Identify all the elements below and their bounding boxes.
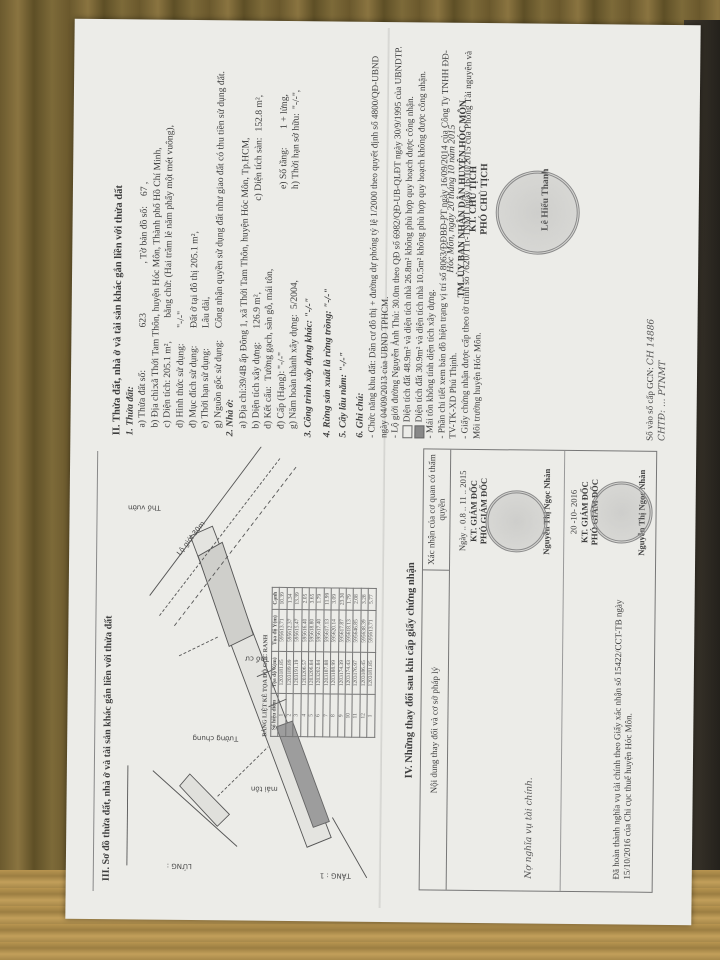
coordinate-table-title: BẢNG LIỆT KÊ TỌA ĐỘ GÓC RANH (262, 635, 269, 737)
purpose-label: đ) Mục đích sử dụng: (187, 328, 201, 428)
production-forest: 4. Rừng sản xuất là rừng trồng: "-/-" (321, 37, 338, 437)
usage-form: "-/-" (175, 311, 188, 328)
perennial-trees: 5. Cây lâu năm: "-/-" (337, 38, 354, 438)
label-neighbor-garden: Thổ vườn (128, 503, 162, 512)
book-entry: Số vào sổ cấp GCN: CH 14886 CHTĐ: ... PT… (643, 319, 669, 441)
floors: 1 + lửng, (278, 94, 291, 129)
book-entry-label: Số vào sổ cấp GCN: (644, 367, 655, 441)
coordinate-table: Số hiệu điểmTọa độ X(m)Tọa độ Y(m)Cạnh 1… (270, 587, 376, 738)
label-roof: mái tôn (251, 785, 278, 793)
floor-area: 152.8 m², (253, 95, 266, 132)
house-address-label: a) Địa chỉ: (237, 388, 250, 428)
land-area-words: bằng chữ: (Hai trăm lẻ năm phẩy một mét … (163, 125, 178, 318)
section-4-changes: IV. Những thay đổi sau khi cấp giấy chứn… (399, 450, 664, 893)
parcel-number-label: a) Thửa đất số: (137, 327, 151, 427)
entry-2-content: Đã hoàn thành nghĩa vụ tài chính theo Gi… (611, 589, 636, 879)
coordinate-table-row: 11203181.85595613.715.77 (367, 588, 376, 737)
book-entry-sub: CHTĐ: ... PTNMT (656, 319, 669, 441)
floor-area-label: c) Diện tích sàn: (252, 137, 265, 200)
term-label: e) Thời hạn sử dụng: (200, 328, 214, 428)
ownership-term-label: h) Thời hạn sở hữu: (290, 109, 303, 189)
section-2-parcel-details: II. Thửa đất, nhà ở và tài sản khác gắn … (111, 35, 486, 439)
entry-2-confirmation: 20 -10- 2016 KT. GIÁM ĐỐC PHÓ GIÁM ĐỐC N… (568, 453, 647, 572)
col-change-content: Nội dung thay đổi và cơ sở pháp lý (420, 569, 449, 889)
origin-label: g) Nguồn gốc sử dụng: (212, 328, 226, 428)
origin: Công nhận quyền sử dụng đất như giao đất… (213, 71, 228, 328)
coordinate-table-cell: 1203181.85 (367, 652, 375, 694)
official-seal-icon (495, 170, 580, 255)
changes-table: Nội dung thay đổi và cơ sở pháp lý Xác n… (419, 448, 658, 892)
book-entry-line: Số vào sổ cấp GCN: CH 14886 (643, 319, 657, 441)
entry-2-seal-icon (590, 481, 653, 544)
structure: Tường gạch, sàn gỗ, mái tôn, (263, 269, 277, 381)
usage-form-label: d) Hình thức sử dụng: (174, 328, 188, 428)
label-boundary-wall: Tường chung (192, 734, 239, 742)
signer-position: PHÓ CHỦ TỊCH (477, 49, 491, 349)
book-entry-value: CH 14886 (646, 319, 656, 365)
certificate-page-rotated: II. Thửa đất, nhà ở và tài sản khác gắn … (78, 25, 687, 911)
map-sheet-number: 67 , (139, 182, 152, 197)
parcel-number: 623 (138, 277, 151, 327)
ownership-term: "-/-", (291, 90, 304, 109)
issuer-signature-block: Hóc Môn, ngày 20 tháng 10 năm 2015 TM. Ủ… (444, 49, 552, 350)
coordinate-table-cell: 5.77 (368, 588, 376, 610)
land-area: 205.1 m², (162, 318, 175, 378)
entry-1-confirmation: Ngày .. 0.8 .. 11 .. 2015 KT. GIÁM ĐỐC P… (457, 452, 552, 571)
entry-1-content: Nợ nghĩa vụ tài chính. (524, 777, 535, 878)
built-area: 126.9 m², (251, 209, 265, 329)
land-address-label: b) Địa chỉ: (149, 388, 162, 428)
coordinate-table-cell: 595613.71 (368, 610, 376, 652)
year: 5/2004, (289, 189, 303, 309)
certificate-paper: II. Thửa đất, nhà ở và tài sản khác gắn … (65, 19, 700, 926)
section-3-title: III. Sơ đồ thửa đất, nhà ở và tài sản kh… (101, 615, 115, 881)
built-area-label: b) Diện tích xây dựng: (250, 329, 264, 429)
floors-label: e) Số tầng: (278, 129, 291, 189)
purpose: Đất ở tại đô thị 205.1 m², (188, 231, 202, 328)
coordinate-table-cell: 1 (367, 695, 375, 738)
changes-table-header: Nội dung thay đổi và cơ sở pháp lý Xác n… (420, 449, 452, 889)
legend-dark-box (414, 425, 424, 438)
other-construction: 3. Công trình xây dựng khác: "-/-" (302, 37, 319, 437)
year-label: g) Năm hoàn thành xây dựng: (288, 309, 302, 429)
entry-1-seal-icon (485, 490, 548, 553)
label-mezzanine: LỬNG : (167, 862, 192, 871)
section-4-title: IV. Những thay đổi sau khi cấp giấy chứn… (403, 450, 419, 890)
coordinate-table-header: Tọa độ Y(m) (272, 609, 280, 651)
change-entry-2: Đã hoàn thành nghĩa vụ tài chính theo Gi… (560, 451, 656, 892)
col-authority-confirmation: Xác nhận của cơ quan có thẩm quyền (423, 449, 450, 569)
change-entry-1: Nợ nghĩa vụ tài chính. Ngày .. 0.8 .. 11… (450, 450, 565, 891)
legend-light-box (402, 425, 412, 438)
term: Lâu dài, (201, 297, 214, 329)
structure-label: d) Kết cấu: (263, 381, 276, 429)
land-area-label: c) Diện tích: (162, 378, 175, 428)
map-sheet-label: , Tờ bản đồ số: (138, 206, 151, 264)
label-ground-floor: TẦNG : 1 (320, 871, 352, 881)
grade-label: đ) Cấp (Hạng): (275, 369, 288, 429)
